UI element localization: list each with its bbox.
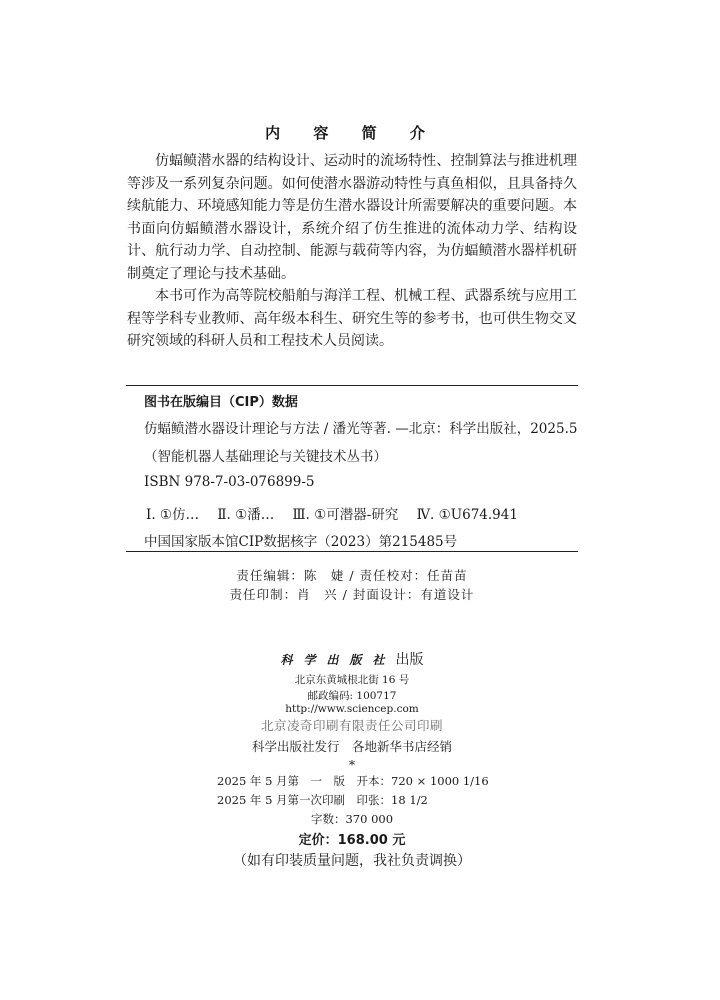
word-count: 字数：370 000 [0,811,704,827]
cip-series: （智能机器人基础理论与关键技术丛书） [144,445,387,465]
summary-title: 内 容 简 介 [0,122,704,143]
cip-heading: 图书在版编目（CIP）数据 [144,391,298,410]
cip-number: 中国国家版本馆CIP数据核字（2023）第215485号 [144,530,457,550]
printing-line: 2025 年 5 月第一次印刷 印张：18 1/2 [217,792,428,808]
cip-classification: Ⅰ. ①仿… Ⅱ. ①潘… Ⅲ. ①可潜器-研究 Ⅳ. ①U674.941 [146,503,532,523]
edition-line: 2025 年 5 月第 一 版 开本：720 × 1000 1/16 [217,773,489,789]
separator-asterisk: * [0,757,704,772]
publisher-address: 北京东黄城根北街 16 号 [0,672,704,687]
price: 定价：168.00 元 [0,829,704,848]
publisher-line: 科学出版社出版 [0,649,704,669]
cip-isbn: ISBN 978-7-03-076899-5 [144,474,315,490]
publisher-name: 科学出版社 [280,653,395,667]
distribution-line: 科学出版社发行 各地新华书店经销 [0,737,704,755]
publisher-website: http://www.sciencep.com [0,703,704,715]
cip-title-line: 仿蝠鲼潜水器设计理论与方法 / 潘光等著. —北京：科学出版社，2025.5 [144,417,577,437]
cip-class-3: Ⅲ. ①可潜器-研究 [293,503,399,523]
printer-line: 北京凌奇印刷有限责任公司印刷 [0,716,704,734]
cip-class-2: Ⅱ. ①潘… [217,503,274,523]
credits-line-1: 责任编辑：陈 婕 / 责任校对：任苗苗 [0,566,704,584]
publisher-suffix: 出版 [396,652,424,668]
cip-block: 图书在版编目（CIP）数据 仿蝠鲼潜水器设计理论与方法 / 潘光等著. —北京：… [126,385,578,552]
cip-class-4: Ⅳ. ①U674.941 [417,507,518,523]
summary-paragraph-1: 仿蝠鲼潜水器的结构设计、运动时的流场特性、控制算法与推进机理等涉及一系列复杂问题… [127,150,577,285]
quality-notice: （如有印装质量问题，我社负责调换） [0,850,704,870]
credits-line-2: 责任印制：肖 兴 / 封面设计：有道设计 [0,585,704,603]
summary-body: 仿蝠鲼潜水器的结构设计、运动时的流场特性、控制算法与推进机理等涉及一系列复杂问题… [127,150,577,353]
cip-class-1: Ⅰ. ①仿… [146,503,199,523]
copyright-page: 内 容 简 介 仿蝠鲼潜水器的结构设计、运动时的流场特性、控制算法与推进机理等涉… [0,0,720,1000]
publisher-postcode: 邮政编码: 100717 [0,688,704,703]
summary-paragraph-2: 本书可作为高等院校船舶与海洋工程、机械工程、武器系统与应用工程等学科专业教师、高… [127,285,577,353]
